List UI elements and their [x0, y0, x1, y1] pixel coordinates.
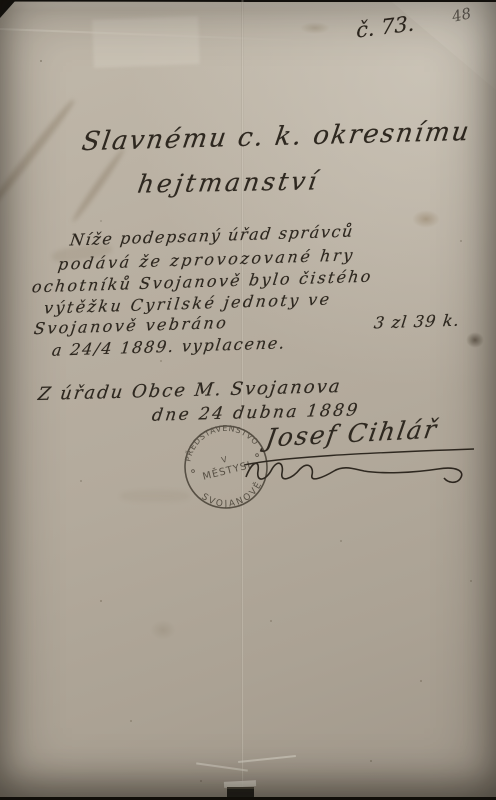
stamp-ornament-dot-left — [191, 469, 194, 472]
stamp-center-line-1: V — [220, 455, 228, 465]
ink-blot — [466, 332, 484, 348]
signature-flourish — [242, 443, 482, 493]
faded-label-mark — [92, 16, 200, 68]
ink-bleedthrough-mark — [120, 490, 190, 502]
paper-stain — [300, 22, 330, 34]
amount-value: 3 zl 39 k. — [373, 311, 461, 333]
heading-line-2: hejtmanství — [136, 166, 322, 198]
paper-stain — [150, 620, 176, 640]
vertical-fold-crease — [241, 0, 244, 800]
paper-specks — [40, 60, 42, 62]
paper-stain — [412, 210, 440, 228]
document-photo: č. 73. 48 Slavnému c. k. okresnímu hejtm… — [0, 0, 496, 800]
